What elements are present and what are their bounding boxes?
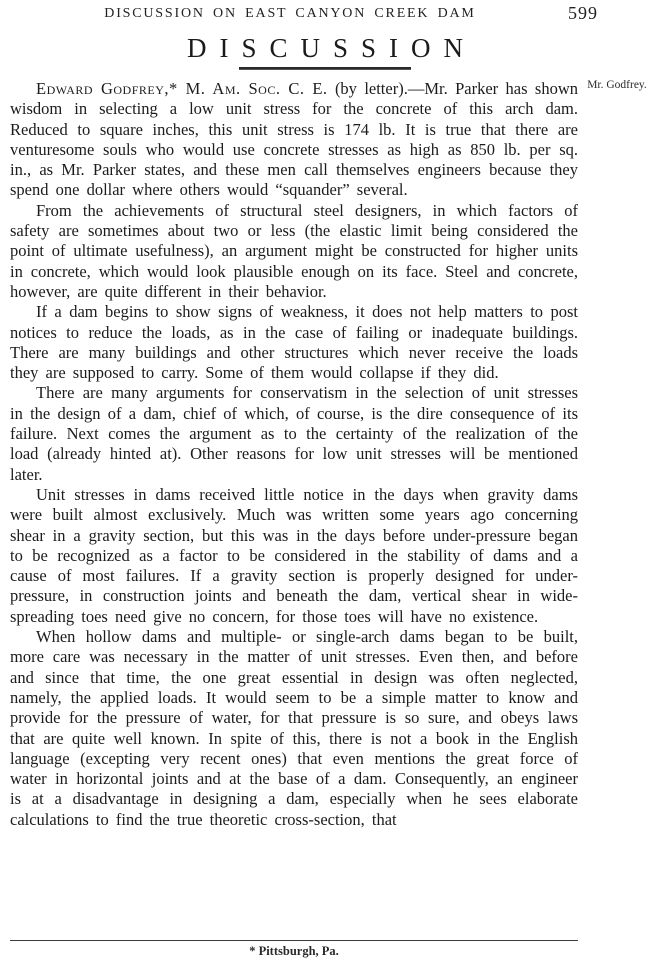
body-paragraph: Unit stresses in dams received little no… — [10, 485, 578, 627]
author-lead: Edward Godfrey,* M. Am. Soc. C. E. — [36, 79, 328, 98]
body-paragraph: From the achievements of structural stee… — [10, 201, 578, 302]
margin-note-speaker: Mr. Godfrey. — [585, 79, 649, 92]
scanned-page: DISCUSSION ON EAST CANYON CREEK DAM 599 … — [0, 0, 650, 974]
body-paragraph: When hollow dams and multiple- or single… — [10, 627, 578, 830]
title-rule — [239, 67, 411, 70]
body-paragraph: There are many arguments for conservatis… — [10, 383, 578, 484]
page-number: 599 — [568, 3, 598, 24]
body-paragraph: If a dam begins to show signs of weaknes… — [10, 302, 578, 383]
title-block: DISCUSSION — [0, 33, 650, 70]
footnote-text: * Pittsburgh, Pa. — [10, 944, 578, 959]
footnote-rule — [10, 940, 578, 941]
running-head: DISCUSSION ON EAST CANYON CREEK DAM — [0, 6, 580, 22]
body-paragraph: Edward Godfrey,* M. Am. Soc. C. E. (by l… — [10, 79, 578, 201]
page-title: DISCUSSION — [174, 33, 476, 64]
body-text: Edward Godfrey,* M. Am. Soc. C. E. (by l… — [10, 79, 578, 830]
